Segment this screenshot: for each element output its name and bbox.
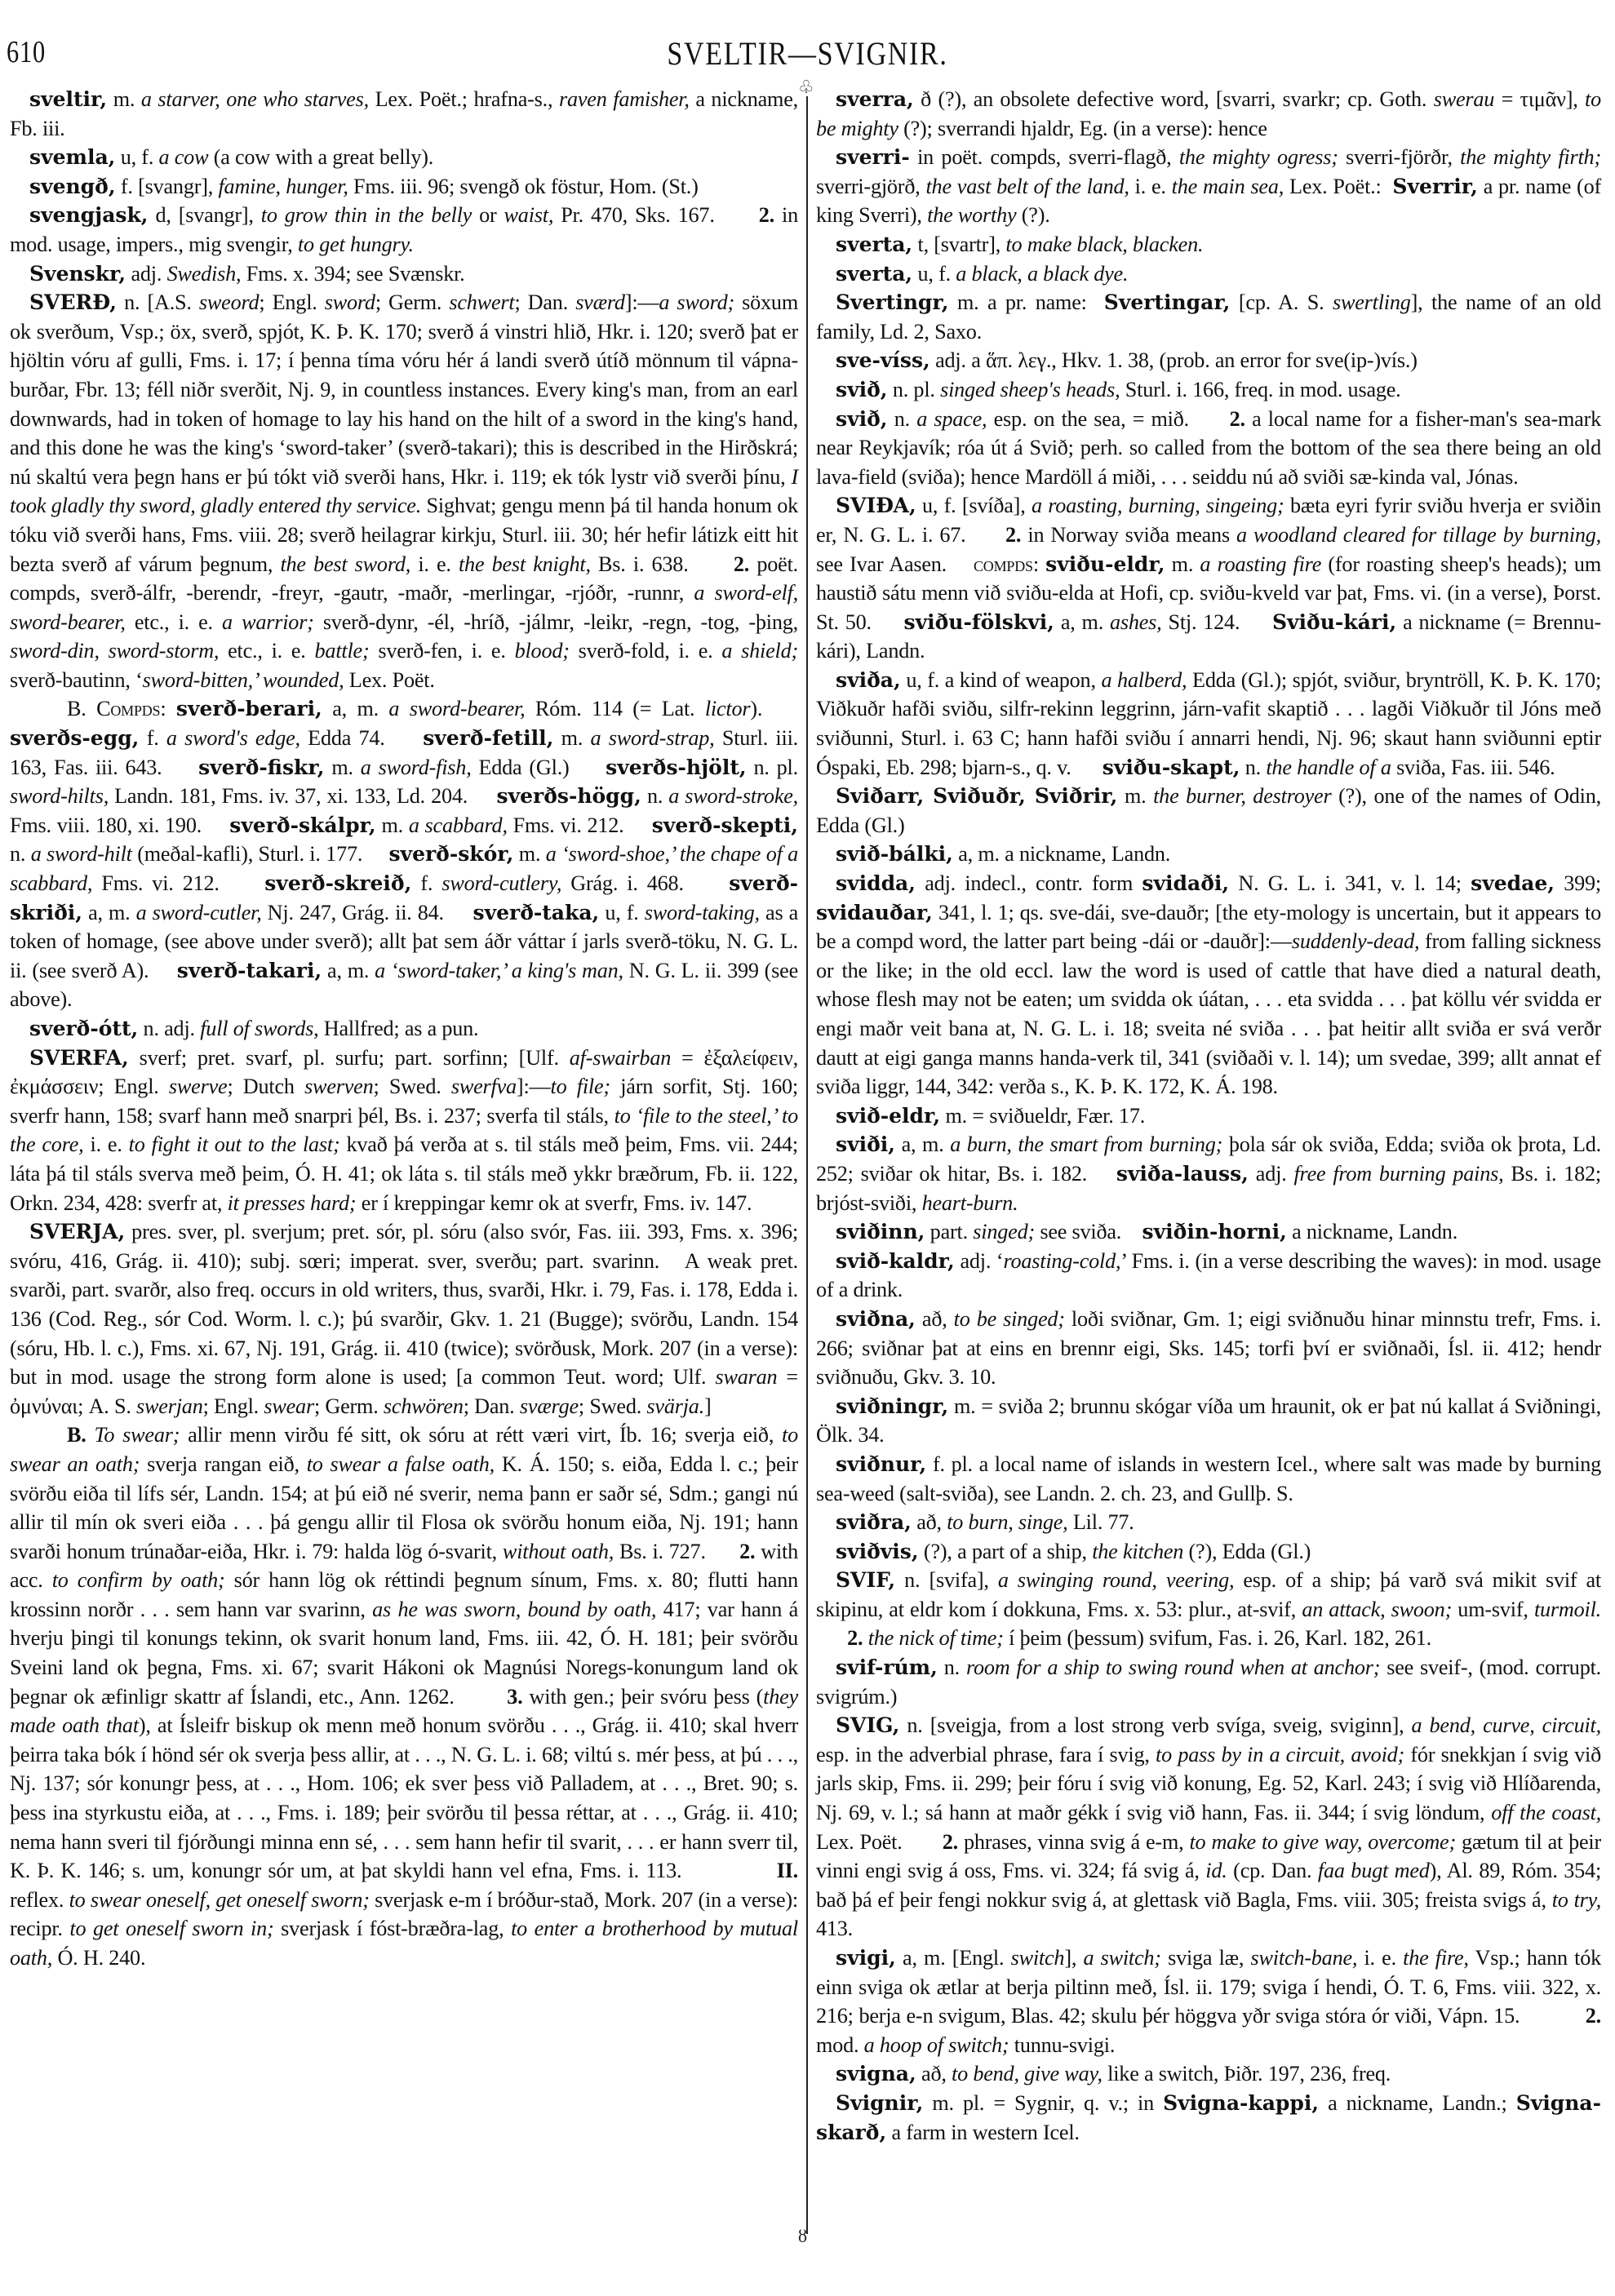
dictionary-entry: SVIÐA, u, f. [svíða], a roasting, burnin… [816,491,1601,666]
dictionary-entry: svigna, að, to bend, give way, like a sw… [816,2059,1601,2089]
dictionary-entry: SVERFA, sverf; pret. svarf, pl. surfu; p… [10,1044,798,1218]
dictionary-entry: svið, n. pl. singed sheep's heads, Sturl… [816,375,1601,405]
dictionary-entry: sviðvis, (?), a part of a ship, the kitc… [816,1537,1601,1567]
entry-definition: n. pl. singed sheep's heads, Sturl. i. 1… [887,378,1400,401]
entry-definition: u, f. [svíða], a roasting, burning, sing… [816,494,1601,663]
entry-definition: n. [A.S. sweord; Engl. sword; Germ. schw… [10,290,798,692]
dictionary-entry: sviðinn, part. singed; see sviða. sviðin… [816,1217,1601,1247]
entry-definition: n. [sveigja, from a lost strong verb sví… [816,1713,1601,1940]
dictionary-entry: svidda, adj. indecl., contr. form svidað… [816,869,1601,1101]
entry-definition: m. pl. = Sygnir, q. v.; in Svigna-kappi,… [816,2091,1601,2144]
entry-definition: m. a starver, one who starves, Lex. Poët… [10,87,798,140]
dictionary-entry: sveltir, m. a starver, one who starves, … [10,85,798,143]
entry-definition: sverf; pret. svarf, pl. surfu; part. sor… [10,1046,798,1215]
entry-headword: sviðna, [836,1307,916,1331]
entry-headword: sverra, [836,87,914,111]
entry-headword: svið, [836,407,887,431]
entry-definition: n. [svifa], a swinging round, veering, e… [816,1568,1601,1650]
dictionary-entry: svið-bálki, a, m. a nickname, Landn. [816,840,1601,869]
entry-headword: SVERJA, [29,1220,125,1243]
dictionary-entry: B. Compds: sverð-berari, a, m. a sword-b… [10,694,798,1014]
entry-headword: sve-víss, [836,348,930,372]
entry-definition: u, f. a cow (a cow with a great belly). [115,145,433,169]
entry-headword: svið-kaldr, [836,1249,955,1273]
entry-definition: adj. a ἅπ. λεγ., Hkv. 1. 38, (prob. an e… [930,348,1418,372]
dictionary-entry: svif-rúm, n. room for a ship to swing ro… [816,1653,1601,1711]
dictionary-entry: Svertingr, m. a pr. name: Svertingar, [c… [816,288,1601,346]
column-divider-rule [806,96,808,2234]
entry-headword: sviði, [836,1132,895,1156]
entry-definition: f. [svangr], famine, hunger, Fms. iii. 9… [116,175,699,198]
dictionary-entry: sviða, u, f. a kind of weapon, a halberd… [816,666,1601,782]
dictionary-entry: SVERÐ, n. [A.S. sweord; Engl. sword; Ger… [10,288,798,694]
entry-headword: sviða, [836,668,901,692]
dictionary-entry: Svignir, m. pl. = Sygnir, q. v.; in Svig… [816,2089,1601,2147]
entry-definition: að, to be singed; loði sviðnar, Gm. 1; e… [816,1307,1601,1389]
entry-definition: in poët. compds, sverri-flagð, the might… [816,145,1601,227]
page-number: 610 [7,34,46,70]
dictionary-entry: sverri- in poët. compds, sverri-flagð, t… [816,143,1601,230]
entry-headword: svidda, [836,871,916,895]
dictionary-entry: svemla, u, f. a cow (a cow with a great … [10,143,798,172]
column-rule-top-ornament-icon: ♧ [798,78,814,96]
entry-headword: sverta, [836,233,912,256]
entry-headword: Svenskr, [29,262,126,286]
column-rule-bottom-ornament-icon: ȣ [798,2227,807,2245]
entry-definition: pres. sver, pl. sverjum; pret. sór, pl. … [10,1220,798,1418]
dictionary-entry: sviðra, að, to burn, singe, Lil. 77. [816,1508,1601,1537]
entry-definition: adj. indecl., contr. form svidaði, N. G.… [816,871,1601,1098]
entry-headword: svengð, [29,175,116,198]
entry-headword: SVIF, [836,1568,895,1592]
dictionary-entry: Sviðarr, Sviðuðr, Sviðrir, m. the burner… [816,782,1601,840]
dictionary-entry: sviði, a, m. a burn, the smart from burn… [816,1130,1601,1217]
dictionary-entry: sviðna, að, to be singed; loði sviðnar, … [816,1305,1601,1392]
entry-headword: SVIG, [836,1713,899,1737]
entry-headword: sviðra, [836,1510,912,1534]
entry-headword: SVIÐA, [836,494,916,517]
left-column: sveltir, m. a starver, one who starves, … [10,85,798,1973]
entry-definition: a, m. a nickname, Landn. [953,842,1170,866]
entry-headword: sverta, [836,262,912,286]
entry-headword: svigna, [836,2062,916,2085]
entry-headword: svemla, [29,145,115,169]
dictionary-entry: svið-kaldr, adj. ‘roasting-cold,’ Fms. i… [816,1247,1601,1305]
dictionary-entry: svigi, a, m. [Engl. switch], a switch; s… [816,1944,1601,2059]
entry-definition: B. To swear; allir menn virðu fé sitt, o… [10,1423,798,1970]
dictionary-entry: svengjask, d, [svangr], to grow thin in … [10,201,798,259]
dictionary-entry: svið, n. a space, esp. on the sea, = mið… [816,405,1601,492]
entry-headword: sviðningr, [836,1394,948,1418]
dictionary-entry: sviðnur, f. pl. a local name of islands … [816,1450,1601,1508]
dictionary-entry: SVERJA, pres. sver, pl. sverjum; pret. s… [10,1217,798,1421]
running-head: SVELTIR—SVIGNIR. [121,34,1493,73]
entry-definition: u, f. a black, a black dye. [912,262,1128,286]
dictionary-entry: sverta, u, f. a black, a black dye. [816,259,1601,289]
dictionary-entry: svið-eldr, m. = sviðueldr, Fær. 17. [816,1101,1601,1131]
entry-headword: svið-bálki, [836,842,953,866]
dictionary-entry: SVIF, n. [svifa], a swinging round, veer… [816,1566,1601,1653]
dictionary-entry: sverð-ótt, n. adj. full of swords, Hallf… [10,1014,798,1044]
entry-definition: m. = sviðueldr, Fær. 17. [940,1104,1145,1128]
entry-headword: svigi, [836,1946,896,1970]
entry-headword: svengjask, [29,203,149,227]
entry-headword: sviðvis, [836,1540,919,1563]
right-column: sverra, ð (?), an obsolete defective wor… [816,85,1601,2147]
dictionary-entry: sverra, ð (?), an obsolete defective wor… [816,85,1601,143]
dictionary-entry: SVIG, n. [sveigja, from a lost strong ve… [816,1711,1601,1944]
entry-definition: B. Compds: sverð-berari, a, m. a sword-b… [10,697,798,1011]
dictionary-entry: sverta, t, [svartr], to make black, blac… [816,230,1601,259]
entry-definition: að, to bend, give way, like a switch, Þi… [916,2062,1391,2085]
entry-definition: n. adj. full of swords, Hallfred; as a p… [138,1017,478,1040]
entry-headword: sviðnur, [836,1452,926,1476]
entry-definition: f. pl. a local name of islands in wester… [816,1452,1601,1505]
entry-definition: a, m. [Engl. switch], a switch; sviga læ… [816,1946,1601,2057]
entry-headword: Svignir, [836,2091,923,2115]
dictionary-entry: svengð, f. [svangr], famine, hunger, Fms… [10,172,798,202]
entry-headword: svif-rúm, [836,1656,938,1679]
entry-definition: (?), a part of a ship, the kitchen (?), … [919,1540,1311,1563]
entry-definition: a, m. a burn, the smart from burning; þo… [816,1132,1601,1214]
entry-definition: u, f. a kind of weapon, a halberd, Edda … [816,668,1601,779]
entry-headword: sveltir, [29,87,107,111]
entry-definition: að, to burn, singe, Lil. 77. [912,1510,1134,1534]
entry-headword: SVERÐ, [29,290,117,314]
entry-headword: sviðinn, [836,1220,925,1243]
entry-definition: ð (?), an obsolete defective word, [svar… [816,87,1601,140]
entry-definition: t, [svartr], to make black, blacken. [912,233,1203,256]
entry-headword: Svertingr, [836,290,948,314]
entry-headword: svið-eldr, [836,1104,940,1128]
entry-headword: sverð-ótt, [29,1017,138,1040]
entry-headword: svið, [836,378,887,401]
entry-headword: Sviðarr, Sviðuðr, Sviðrir, [836,784,1117,808]
entry-headword: SVERFA, [29,1046,129,1070]
entry-definition: n. a space, esp. on the sea, = mið. 2. a… [816,407,1601,489]
entry-definition: part. singed; see sviða. sviðin-horni, a… [925,1220,1457,1243]
entry-definition: adj. Swedish, Fms. x. 394; see Svænskr. [126,262,464,286]
entry-headword: sverri- [836,145,910,169]
dictionary-entry: sviðningr, m. = sviða 2; brunnu skógar v… [816,1392,1601,1450]
dictionary-entry: B. To swear; allir menn virðu fé sitt, o… [10,1421,798,1972]
dictionary-entry: sve-víss, adj. a ἅπ. λεγ., Hkv. 1. 38, (… [816,346,1601,375]
dictionary-entry: Svenskr, adj. Swedish, Fms. x. 394; see … [10,259,798,289]
